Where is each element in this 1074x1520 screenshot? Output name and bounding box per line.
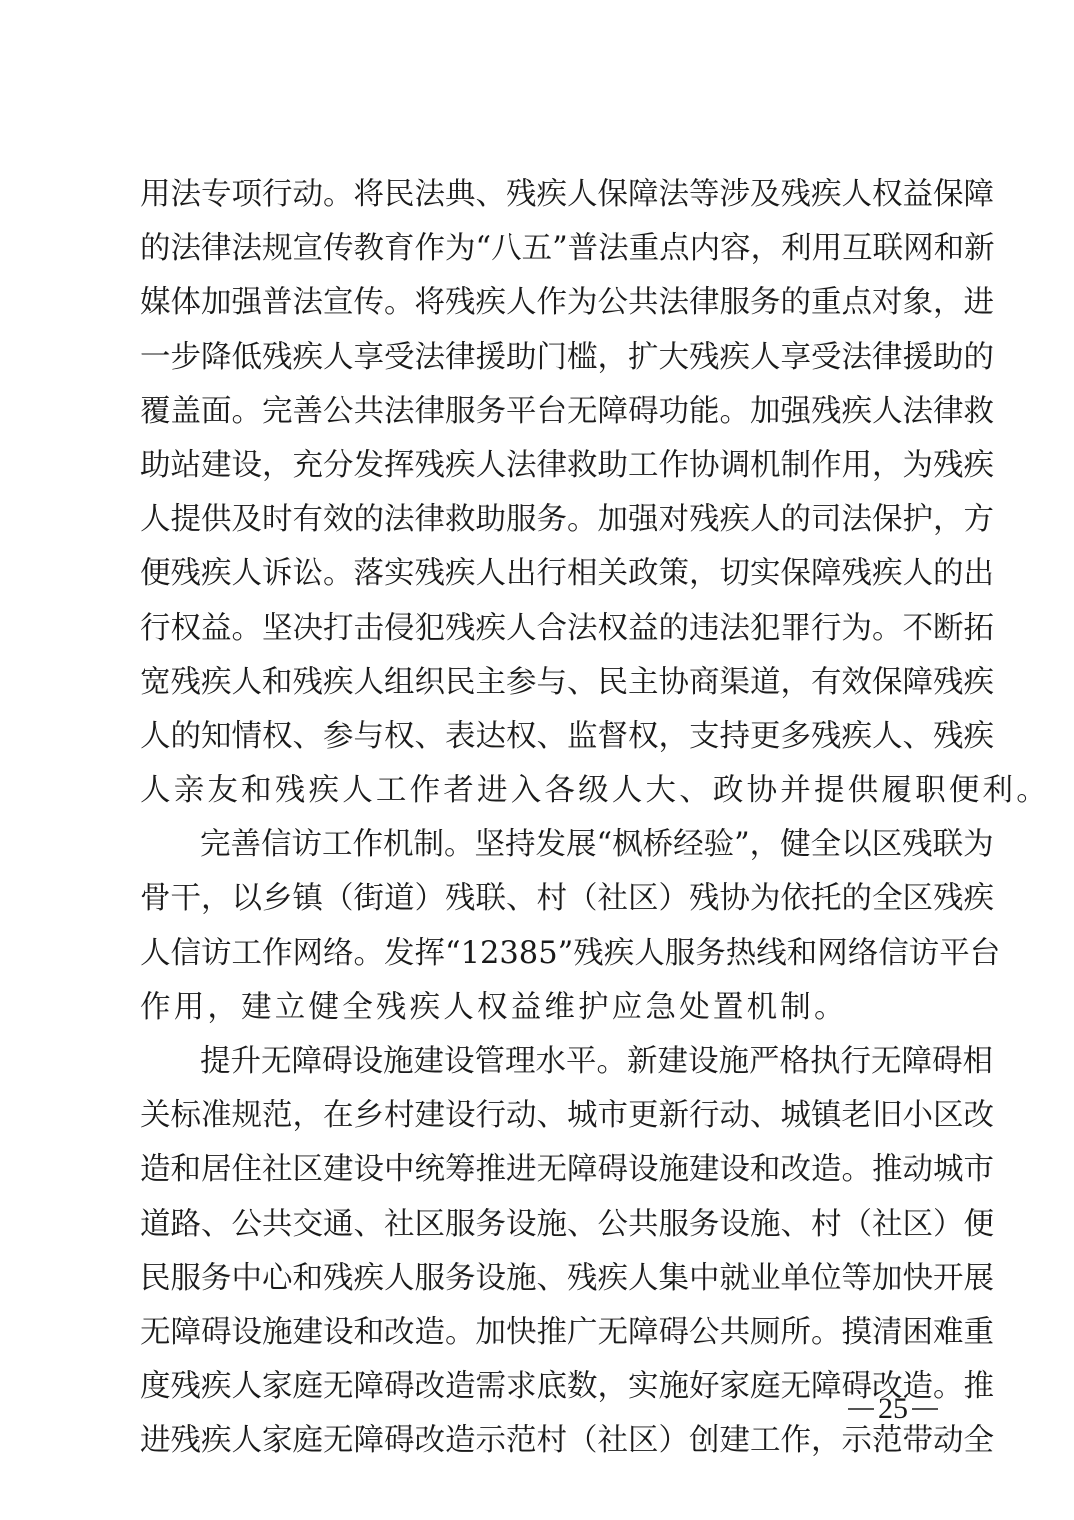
text-line: 媒体加强普法宣传。将残疾人作为公共法律服务的重点对象，进 [140,276,940,330]
text-line: 用法专项行动。将民法典、残疾人保障法等涉及残疾人权益保障 [140,168,940,222]
text-line: 一步降低残疾人享受法律援助门槛，扩大残疾人享受法律援助的 [140,331,940,385]
text-line: 完善信访工作机制。坚持发展“枫桥经验”，健全以区残联为 [140,818,940,872]
page-number-footer: 25 [848,1392,938,1426]
em-dash-left [848,1408,874,1410]
text-line: 人亲友和残疾人工作者进入各级人大、政协并提供履职便利。 [140,764,940,818]
text-line: 人的知情权、参与权、表达权、监督权，支持更多残疾人、残疾 [140,710,940,764]
text-line: 提升无障碍设施建设管理水平。新建设施严格执行无障碍相 [140,1035,940,1089]
text-line: 宽残疾人和残疾人组织民主参与、民主协商渠道，有效保障残疾 [140,656,940,710]
text-line: 助站建设，充分发挥残疾人法律救助工作协调机制作用，为残疾 [140,439,940,493]
text-line: 造和居住社区建设中统筹推进无障碍设施建设和改造。推动城市 [140,1143,940,1197]
text-line: 进残疾人家庭无障碍改造示范村（社区）创建工作，示范带动全 [140,1414,940,1468]
text-line: 便残疾人诉讼。落实残疾人出行相关政策，切实保障残疾人的出 [140,547,940,601]
text-line: 无障碍设施建设和改造。加快推广无障碍公共厕所。摸清困难重 [140,1306,940,1360]
text-line: 关标准规范，在乡村建设行动、城市更新行动、城镇老旧小区改 [140,1089,940,1143]
text-line: 作用，建立健全残疾人权益维护应急处置机制。 [140,981,940,1035]
text-line: 骨干，以乡镇（街道）残联、村（社区）残协为依托的全区残疾 [140,872,940,926]
paragraph-accessibility-facilities: 提升无障碍设施建设管理水平。新建设施严格执行无障碍相 关标准规范，在乡村建设行动… [140,1035,940,1469]
document-body: 用法专项行动。将民法典、残疾人保障法等涉及残疾人权益保障 的法律法规宣传教育作为… [140,168,940,1469]
text-line: 覆盖面。完善公共法律服务平台无障碍功能。加强残疾人法律救 [140,385,940,439]
text-line: 民服务中心和残疾人服务设施、残疾人集中就业单位等加快开展 [140,1252,940,1306]
text-line: 的法律法规宣传教育作为“八五”普法重点内容，利用互联网和新 [140,222,940,276]
paragraph-legal-protection: 用法专项行动。将民法典、残疾人保障法等涉及残疾人权益保障 的法律法规宣传教育作为… [140,168,940,818]
text-line: 人信访工作网络。发挥“12385”残疾人服务热线和网络信访平台 [140,927,940,981]
paragraph-petition-mechanism: 完善信访工作机制。坚持发展“枫桥经验”，健全以区残联为 骨干，以乡镇（街道）残联… [140,818,940,1035]
text-line: 行权益。坚决打击侵犯残疾人合法权益的违法犯罪行为。不断拓 [140,602,940,656]
em-dash-right [912,1408,938,1410]
text-line: 度残疾人家庭无障碍改造需求底数，实施好家庭无障碍改造。推 [140,1360,940,1414]
text-line: 道路、公共交通、社区服务设施、公共服务设施、村（社区）便 [140,1198,940,1252]
page-number: 25 [878,1392,908,1426]
text-line: 人提供及时有效的法律救助服务。加强对残疾人的司法保护，方 [140,493,940,547]
